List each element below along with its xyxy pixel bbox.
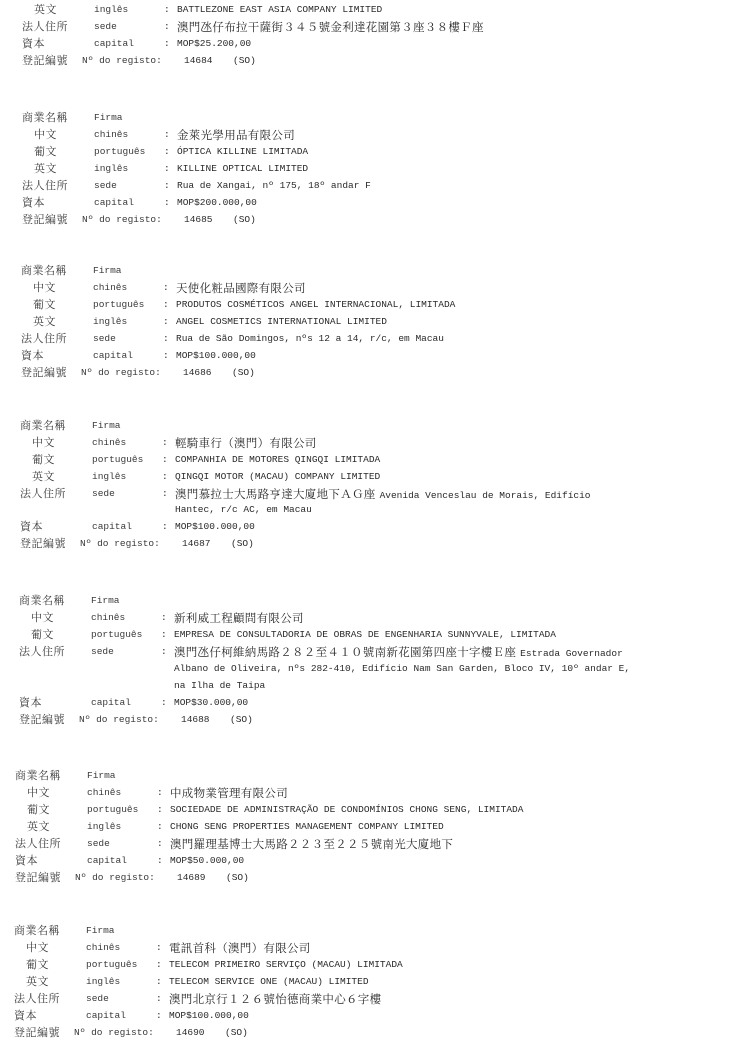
colon: : bbox=[157, 836, 163, 852]
sede-value: 澳門北京行１２６號怡德商業中心６字樓 bbox=[169, 991, 381, 1007]
capital-label-zh: 資本 bbox=[22, 195, 45, 211]
capital-label-pt: capital bbox=[94, 36, 134, 52]
registo-type: (SO) bbox=[232, 365, 255, 381]
registo-label-zh: 登記編號 bbox=[15, 870, 61, 886]
sede-label-zh: 法人住所 bbox=[21, 331, 67, 347]
colon: : bbox=[164, 36, 170, 52]
chines-label-zh: 中文 bbox=[27, 785, 50, 801]
capital-label-pt: capital bbox=[91, 695, 131, 711]
registo-type: (SO) bbox=[230, 712, 253, 728]
colon: : bbox=[161, 695, 167, 711]
portugues-label-pt: português bbox=[93, 297, 144, 313]
colon: : bbox=[164, 161, 170, 177]
registo-label-pt: Nº do registo: bbox=[82, 53, 162, 69]
sede-label-pt: sede bbox=[94, 178, 117, 194]
colon: : bbox=[163, 280, 169, 296]
capital-label-pt: capital bbox=[92, 519, 132, 535]
sede-value: Rua de São Domingos, nºs 12 a 14, r/c, e… bbox=[176, 331, 444, 347]
ingles-value: QINGQI MOTOR (MACAU) COMPANY LIMITED bbox=[175, 469, 380, 485]
sede-value-pt-line2: Hantec, r/c AC, em Macau bbox=[175, 502, 312, 518]
firma-label-zh: 商業名稱 bbox=[22, 110, 68, 126]
firma-label-zh: 商業名稱 bbox=[14, 923, 60, 939]
colon: : bbox=[162, 486, 168, 502]
registo-number: 14684 bbox=[184, 53, 213, 69]
portugues-label-pt: português bbox=[92, 452, 143, 468]
registo-label-pt: Nº do registo: bbox=[80, 536, 160, 552]
registo-type: (SO) bbox=[226, 870, 249, 886]
registo-label-pt: Nº do registo: bbox=[74, 1025, 154, 1041]
registo-type: (SO) bbox=[233, 212, 256, 228]
capital-label-zh: 資本 bbox=[15, 853, 38, 869]
firma-label-zh: 商業名稱 bbox=[20, 418, 66, 434]
chines-label-pt: chinês bbox=[91, 610, 125, 626]
firma-label-pt: Firma bbox=[92, 418, 121, 434]
ingles-label-pt: inglês bbox=[93, 314, 127, 330]
capital-label-zh: 資本 bbox=[14, 1008, 37, 1024]
capital-value: MOP$100.000,00 bbox=[176, 348, 256, 364]
ingles-label-zh: 英文 bbox=[33, 314, 56, 330]
ingles-label-pt: inglês bbox=[94, 2, 128, 18]
firma-label-zh: 商業名稱 bbox=[21, 263, 67, 279]
ingles-value: ANGEL COSMETICS INTERNATIONAL LIMITED bbox=[176, 314, 387, 330]
colon: : bbox=[163, 314, 169, 330]
colon: : bbox=[157, 802, 163, 818]
portugues-label-zh: 葡文 bbox=[27, 802, 50, 818]
portugues-value: PRODUTOS COSMÉTICOS ANGEL INTERNACIONAL,… bbox=[176, 297, 455, 313]
ingles-label-pt: inglês bbox=[94, 161, 128, 177]
ingles-label-zh: 英文 bbox=[34, 2, 57, 18]
registo-label-zh: 登記編號 bbox=[19, 712, 65, 728]
sede-value: 澳門氹仔布拉干薩街３４５號金利達花園第３座３８樓Ｆ座 bbox=[177, 19, 484, 35]
portugues-label-zh: 葡文 bbox=[33, 297, 56, 313]
sede-value: Rua de Xangai, nº 175, 18º andar F bbox=[177, 178, 371, 194]
registo-label-pt: Nº do registo: bbox=[82, 212, 162, 228]
sede-value: 澳門氹仔柯維納馬路２８２至４１０號南新花園第四座十字樓Ｅ座 Estrada Go… bbox=[174, 644, 623, 662]
chines-label-zh: 中文 bbox=[33, 280, 56, 296]
chines-label-pt: chinês bbox=[94, 127, 128, 143]
portugues-label-zh: 葡文 bbox=[31, 627, 54, 643]
colon: : bbox=[164, 2, 170, 18]
portugues-label-pt: português bbox=[87, 802, 138, 818]
registo-number: 14688 bbox=[181, 712, 210, 728]
colon: : bbox=[163, 348, 169, 364]
firma-label-pt: Firma bbox=[93, 263, 122, 279]
ingles-value: TELECOM SERVICE ONE (MACAU) LIMITED bbox=[169, 974, 369, 990]
ingles-label-zh: 英文 bbox=[32, 469, 55, 485]
colon: : bbox=[161, 610, 167, 626]
chines-value: 中成物業管理有限公司 bbox=[170, 785, 288, 801]
ingles-label-pt: inglês bbox=[87, 819, 121, 835]
registo-type: (SO) bbox=[225, 1025, 248, 1041]
sede-value-pt-line3: na Ilha de Taipa bbox=[174, 678, 265, 694]
sede-label-zh: 法人住所 bbox=[22, 19, 68, 35]
colon: : bbox=[162, 452, 168, 468]
registo-number: 14687 bbox=[182, 536, 211, 552]
firma-label-pt: Firma bbox=[94, 110, 123, 126]
registo-label-zh: 登記編號 bbox=[22, 212, 68, 228]
portugues-label-pt: português bbox=[94, 144, 145, 160]
capital-label-pt: capital bbox=[87, 853, 127, 869]
capital-label-zh: 資本 bbox=[20, 519, 43, 535]
capital-value: MOP$30.000,00 bbox=[174, 695, 248, 711]
sede-label-zh: 法人住所 bbox=[15, 836, 61, 852]
portugues-value: SOCIEDADE DE ADMINISTRAÇÃO DE CONDOMÍNIO… bbox=[170, 802, 523, 818]
registo-label-zh: 登記編號 bbox=[22, 53, 68, 69]
portugues-label-pt: português bbox=[91, 627, 142, 643]
chines-label-pt: chinês bbox=[93, 280, 127, 296]
colon: : bbox=[161, 627, 167, 643]
ingles-value: KILLINE OPTICAL LIMITED bbox=[177, 161, 308, 177]
registo-label-zh: 登記編號 bbox=[14, 1025, 60, 1041]
colon: : bbox=[156, 974, 162, 990]
colon: : bbox=[156, 940, 162, 956]
portugues-value: TELECOM PRIMEIRO SERVIÇO (MACAU) LIMITAD… bbox=[169, 957, 403, 973]
firma-label-zh: 商業名稱 bbox=[15, 768, 61, 784]
chines-label-zh: 中文 bbox=[31, 610, 54, 626]
capital-label-pt: capital bbox=[94, 195, 134, 211]
registo-number: 14689 bbox=[177, 870, 206, 886]
capital-value: MOP$200.000,00 bbox=[177, 195, 257, 211]
colon: : bbox=[163, 297, 169, 313]
capital-label-zh: 資本 bbox=[19, 695, 42, 711]
capital-value: MOP$100.000,00 bbox=[175, 519, 255, 535]
capital-label-zh: 資本 bbox=[22, 36, 45, 52]
sede-value-zh: 澳門氹仔柯維納馬路２８２至４１０號南新花園第四座十字樓Ｅ座 bbox=[174, 645, 516, 659]
registo-number: 14685 bbox=[184, 212, 213, 228]
ingles-value: BATTLEZONE EAST ASIA COMPANY LIMITED bbox=[177, 2, 382, 18]
portugues-label-zh: 葡文 bbox=[34, 144, 57, 160]
ingles-label-zh: 英文 bbox=[34, 161, 57, 177]
sede-value: 澳門羅理基博士大馬路２２３至２２５號南光大廈地下 bbox=[170, 836, 453, 852]
sede-label-pt: sede bbox=[87, 836, 110, 852]
firma-label-pt: Firma bbox=[86, 923, 115, 939]
colon: : bbox=[162, 519, 168, 535]
registo-number: 14686 bbox=[183, 365, 212, 381]
colon: : bbox=[157, 785, 163, 801]
registo-label-zh: 登記編號 bbox=[21, 365, 67, 381]
portugues-label-zh: 葡文 bbox=[32, 452, 55, 468]
colon: : bbox=[164, 178, 170, 194]
firma-label-pt: Firma bbox=[87, 768, 116, 784]
registo-label-zh: 登記編號 bbox=[20, 536, 66, 552]
colon: : bbox=[156, 1008, 162, 1024]
sede-value-pt-line1: Avenida Venceslau de Morais, Edifício bbox=[380, 490, 591, 501]
sede-value-pt-line2: Albano de Oliveira, nºs 282-410, Edifíci… bbox=[174, 661, 630, 677]
colon: : bbox=[156, 957, 162, 973]
chines-label-pt: chinês bbox=[92, 435, 126, 451]
firma-label-pt: Firma bbox=[91, 593, 120, 609]
colon: : bbox=[163, 331, 169, 347]
sede-label-zh: 法人住所 bbox=[20, 486, 66, 502]
sede-label-zh: 法人住所 bbox=[14, 991, 60, 1007]
sede-label-pt: sede bbox=[86, 991, 109, 1007]
chines-value: 輕騎車行（澳門）有限公司 bbox=[175, 435, 317, 451]
ingles-value: CHONG SENG PROPERTIES MANAGEMENT COMPANY… bbox=[170, 819, 444, 835]
colon: : bbox=[156, 991, 162, 1007]
portugues-value: EMPRESA DE CONSULTADORIA DE OBRAS DE ENG… bbox=[174, 627, 556, 643]
capital-value: MOP$25.200,00 bbox=[177, 36, 251, 52]
portugues-label-pt: português bbox=[86, 957, 137, 973]
colon: : bbox=[162, 469, 168, 485]
ingles-label-pt: inglês bbox=[92, 469, 126, 485]
portugues-value: ÓPTICA KILLINE LIMITADA bbox=[177, 144, 308, 160]
sede-label-zh: 法人住所 bbox=[22, 178, 68, 194]
firma-label-zh: 商業名稱 bbox=[19, 593, 65, 609]
colon: : bbox=[161, 644, 167, 660]
ingles-label-zh: 英文 bbox=[26, 974, 49, 990]
chines-label-zh: 中文 bbox=[34, 127, 57, 143]
sede-label-zh: 法人住所 bbox=[19, 644, 65, 660]
registo-type: (SO) bbox=[231, 536, 254, 552]
capital-label-zh: 資本 bbox=[21, 348, 44, 364]
colon: : bbox=[162, 435, 168, 451]
sede-value-zh: 澳門慕拉士大馬路亨達大廈地下ＡＧ座 bbox=[175, 487, 376, 501]
sede-label-pt: sede bbox=[94, 19, 117, 35]
ingles-label-pt: inglês bbox=[86, 974, 120, 990]
chines-value: 電訊首科（澳門）有限公司 bbox=[169, 940, 311, 956]
sede-label-pt: sede bbox=[93, 331, 116, 347]
chines-label-pt: chinês bbox=[87, 785, 121, 801]
registo-number: 14690 bbox=[176, 1025, 205, 1041]
capital-label-pt: capital bbox=[86, 1008, 126, 1024]
capital-value: MOP$50.000,00 bbox=[170, 853, 244, 869]
registo-type: (SO) bbox=[233, 53, 256, 69]
sede-value-pt-line1: Estrada Governador bbox=[520, 648, 623, 659]
sede-label-pt: sede bbox=[91, 644, 114, 660]
chines-value: 天使化粧品國際有限公司 bbox=[176, 280, 306, 296]
registo-label-pt: Nº do registo: bbox=[81, 365, 161, 381]
chines-label-zh: 中文 bbox=[32, 435, 55, 451]
colon: : bbox=[164, 19, 170, 35]
chines-value: 新利威工程顧問有限公司 bbox=[174, 610, 304, 626]
colon: : bbox=[164, 127, 170, 143]
capital-value: MOP$100.000,00 bbox=[169, 1008, 249, 1024]
sede-label-pt: sede bbox=[92, 486, 115, 502]
colon: : bbox=[164, 195, 170, 211]
ingles-label-zh: 英文 bbox=[27, 819, 50, 835]
colon: : bbox=[157, 853, 163, 869]
chines-label-pt: chinês bbox=[86, 940, 120, 956]
colon: : bbox=[157, 819, 163, 835]
capital-label-pt: capital bbox=[93, 348, 133, 364]
portugues-label-zh: 葡文 bbox=[26, 957, 49, 973]
colon: : bbox=[164, 144, 170, 160]
registo-label-pt: Nº do registo: bbox=[75, 870, 155, 886]
portugues-value: COMPANHIA DE MOTORES QINGQI LIMITADA bbox=[175, 452, 380, 468]
registo-label-pt: Nº do registo: bbox=[79, 712, 159, 728]
chines-value: 金萊光學用品有限公司 bbox=[177, 127, 295, 143]
chines-label-zh: 中文 bbox=[26, 940, 49, 956]
